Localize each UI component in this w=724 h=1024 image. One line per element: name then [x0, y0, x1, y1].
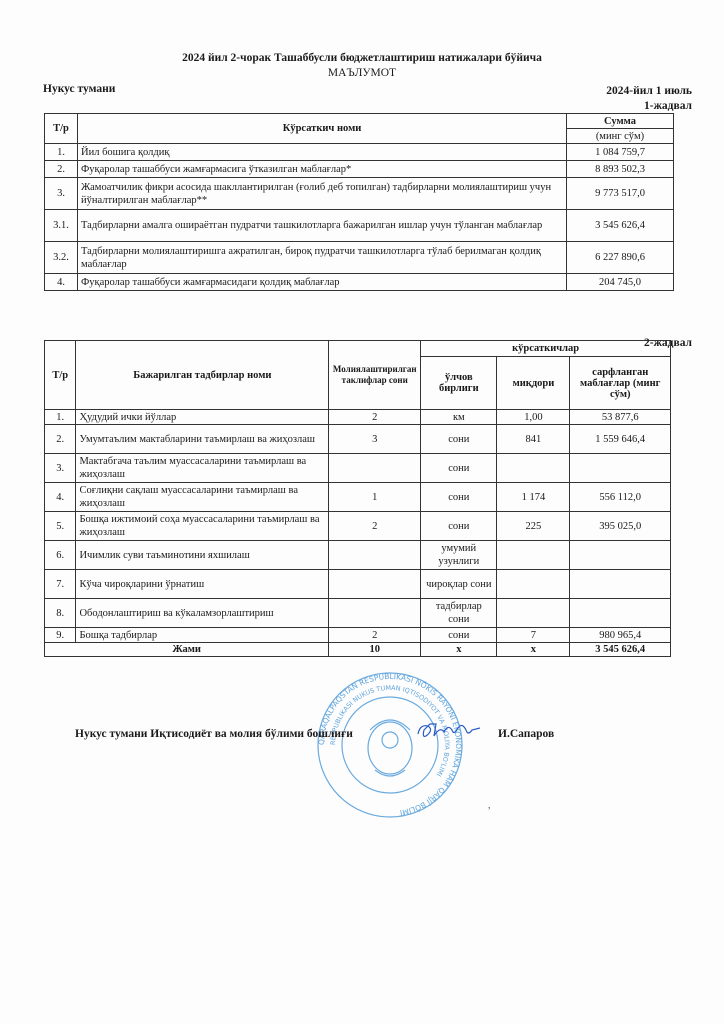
row-number: 2.	[45, 425, 76, 454]
proposals-count	[329, 570, 421, 599]
row-number: 4.	[45, 483, 76, 512]
spent-amount	[570, 570, 671, 599]
sum-value: 1 084 759,7	[567, 144, 674, 161]
report-date: 2024-йил 1 июль	[606, 85, 692, 97]
header-sum-unit: (минг сўм)	[567, 129, 674, 144]
proposals-count: 2	[329, 628, 421, 643]
signer-title: Нукус тумани Иқтисодиёт ва молия бўлими …	[75, 728, 353, 740]
proposals-count	[329, 599, 421, 628]
indicator-name: Фуқаролар ташаббуси жамғармасидаги қолди…	[78, 274, 567, 291]
document-title: 2024 йил 2-чорак Ташаббусли бюджетлаштир…	[0, 52, 724, 64]
proposals-count: 3	[329, 425, 421, 454]
stray-mark: ,	[488, 800, 491, 811]
spent-amount: 53 877,6	[570, 410, 671, 425]
quantity-value: 1 174	[497, 483, 570, 512]
activity-name: Кўча чироқларини ўрнатиш	[76, 570, 329, 599]
activities-table: Т/р Бажарилган тадбирлар номи Молиялашти…	[44, 340, 671, 657]
total-spent: 3 545 626,4	[570, 643, 671, 657]
proposals-count	[329, 541, 421, 570]
header-no: Т/р	[45, 341, 76, 410]
quantity-value: 1,00	[497, 410, 570, 425]
indicator-name: Фуқаролар ташаббуси жамғармасига ўтказил…	[78, 161, 567, 178]
sum-value: 3 545 626,4	[567, 210, 674, 242]
spent-amount: 395 025,0	[570, 512, 671, 541]
header-proposals: Молиялаштирилган таклифлар сони	[329, 341, 421, 410]
table-row: 2.Фуқаролар ташаббуси жамғармасига ўтказ…	[45, 161, 674, 178]
spent-amount: 980 965,4	[570, 628, 671, 643]
table-row: 9.Бошқа тадбирлар2сони7980 965,4	[45, 628, 671, 643]
indicator-name: Тадбирларни молиялаштиришга ажратилган, …	[78, 242, 567, 274]
row-number: 3.	[45, 178, 78, 210]
total-proposals: 10	[329, 643, 421, 657]
signature-icon	[414, 718, 484, 744]
total-quantity: х	[497, 643, 570, 657]
quantity-value	[497, 599, 570, 628]
unit-of-measure: сони	[421, 425, 497, 454]
activity-name: Ичимлик суви таъминотини яхшилаш	[76, 541, 329, 570]
indicator-name: Жамоатчилик фикри асосида шакллантирилга…	[78, 178, 567, 210]
row-number: 1.	[45, 144, 78, 161]
table-row: 7.Кўча чироқларини ўрнатишчироқлар сони	[45, 570, 671, 599]
district-name: Нукус тумани	[43, 83, 115, 95]
quantity-value	[497, 541, 570, 570]
proposals-count	[329, 454, 421, 483]
spent-amount: 1 559 646,4	[570, 425, 671, 454]
table-row: 6.Ичимлик суви таъминотини яхшилашумумий…	[45, 541, 671, 570]
table1-label: 1-жадвал	[644, 100, 692, 112]
indicator-name: Тадбирларни амалга ошираётган пудратчи т…	[78, 210, 567, 242]
table-row: 8.Ободонлаштириш ва кўкаламзорлаштиришта…	[45, 599, 671, 628]
row-number: 3.2.	[45, 242, 78, 274]
row-number: 8.	[45, 599, 76, 628]
total-row: Жами 10 х х 3 545 626,4	[45, 643, 671, 657]
unit-of-measure: сони	[421, 454, 497, 483]
row-number: 1.	[45, 410, 76, 425]
spent-amount	[570, 599, 671, 628]
activity-name: Умумтаълим мактабларини таъмирлаш ва жиҳ…	[76, 425, 329, 454]
table-row: 3.1.Тадбирларни амалга ошираётган пудрат…	[45, 210, 674, 242]
document-subtitle: МАЪЛУМОТ	[0, 67, 724, 79]
activity-name: Бошқа ижтимоий соҳа муассасаларини таъми…	[76, 512, 329, 541]
table-row: 1.Ҳудудий ички йўллар2км1,0053 877,6	[45, 410, 671, 425]
signer-name: И.Сапаров	[498, 728, 554, 740]
quantity-value	[497, 454, 570, 483]
table-row: 5.Бошқа ижтимоий соҳа муассасаларини таъ…	[45, 512, 671, 541]
header-indicators: кўрсаткичлар	[421, 341, 671, 357]
sum-value: 8 893 502,3	[567, 161, 674, 178]
table-row: 3.2.Тадбирларни молиялаштиришга ажратилг…	[45, 242, 674, 274]
activity-name: Мактабгача таълим муассасаларини таъмирл…	[76, 454, 329, 483]
unit-of-measure: тадбирлар сони	[421, 599, 497, 628]
header-unit: ўлчов бирлиги	[421, 357, 497, 410]
unit-of-measure: чироқлар сони	[421, 570, 497, 599]
table-row: 4.Фуқаролар ташаббуси жамғармасидаги қол…	[45, 274, 674, 291]
unit-of-measure: км	[421, 410, 497, 425]
unit-of-measure: умумий узунлиги	[421, 541, 497, 570]
unit-of-measure: сони	[421, 483, 497, 512]
proposals-count: 1	[329, 483, 421, 512]
sum-value: 9 773 517,0	[567, 178, 674, 210]
header-indicator-name: Кўрсаткич номи	[78, 114, 567, 144]
row-number: 7.	[45, 570, 76, 599]
table-row: 3.Жамоатчилик фикри асосида шакллантирил…	[45, 178, 674, 210]
total-label: Жами	[45, 643, 329, 657]
indicator-name: Йил бошига қолдиқ	[78, 144, 567, 161]
table-row: 4.Соғлиқни сақлаш муассасаларини таъмирл…	[45, 483, 671, 512]
spent-amount	[570, 454, 671, 483]
row-number: 3.	[45, 454, 76, 483]
row-number: 9.	[45, 628, 76, 643]
table-row: 2.Умумтаълим мактабларини таъмирлаш ва ж…	[45, 425, 671, 454]
quantity-value	[497, 570, 570, 599]
row-number: 6.	[45, 541, 76, 570]
activity-name: Бошқа тадбирлар	[76, 628, 329, 643]
official-stamp-icon: QARAQALPAQSTAN RESPUBLIKASI NÓKIS RAYONI…	[315, 670, 465, 820]
proposals-count: 2	[329, 410, 421, 425]
summary-table: Т/р Кўрсаткич номи Сумма (минг сўм) 1.Йи…	[44, 113, 674, 291]
header-no: Т/р	[45, 114, 78, 144]
row-number: 4.	[45, 274, 78, 291]
activity-name: Соғлиқни сақлаш муассасаларини таъмирлаш…	[76, 483, 329, 512]
header-activity-name: Бажарилган тадбирлар номи	[76, 341, 329, 410]
row-number: 3.1.	[45, 210, 78, 242]
unit-of-measure: сони	[421, 512, 497, 541]
row-number: 5.	[45, 512, 76, 541]
header-spent: сарфланган маблағлар (минг сўм)	[570, 357, 671, 410]
quantity-value: 225	[497, 512, 570, 541]
sum-value: 204 745,0	[567, 274, 674, 291]
activity-name: Ҳудудий ички йўллар	[76, 410, 329, 425]
row-number: 2.	[45, 161, 78, 178]
header-quantity: миқдори	[497, 357, 570, 410]
activity-name: Ободонлаштириш ва кўкаламзорлаштириш	[76, 599, 329, 628]
spent-amount: 556 112,0	[570, 483, 671, 512]
table-row: 3.Мактабгача таълим муассасаларини таъми…	[45, 454, 671, 483]
proposals-count: 2	[329, 512, 421, 541]
total-unit: х	[421, 643, 497, 657]
header-sum: Сумма	[567, 114, 674, 129]
quantity-value: 841	[497, 425, 570, 454]
spent-amount	[570, 541, 671, 570]
quantity-value: 7	[497, 628, 570, 643]
table-row: 1.Йил бошига қолдиқ1 084 759,7	[45, 144, 674, 161]
unit-of-measure: сони	[421, 628, 497, 643]
sum-value: 6 227 890,6	[567, 242, 674, 274]
